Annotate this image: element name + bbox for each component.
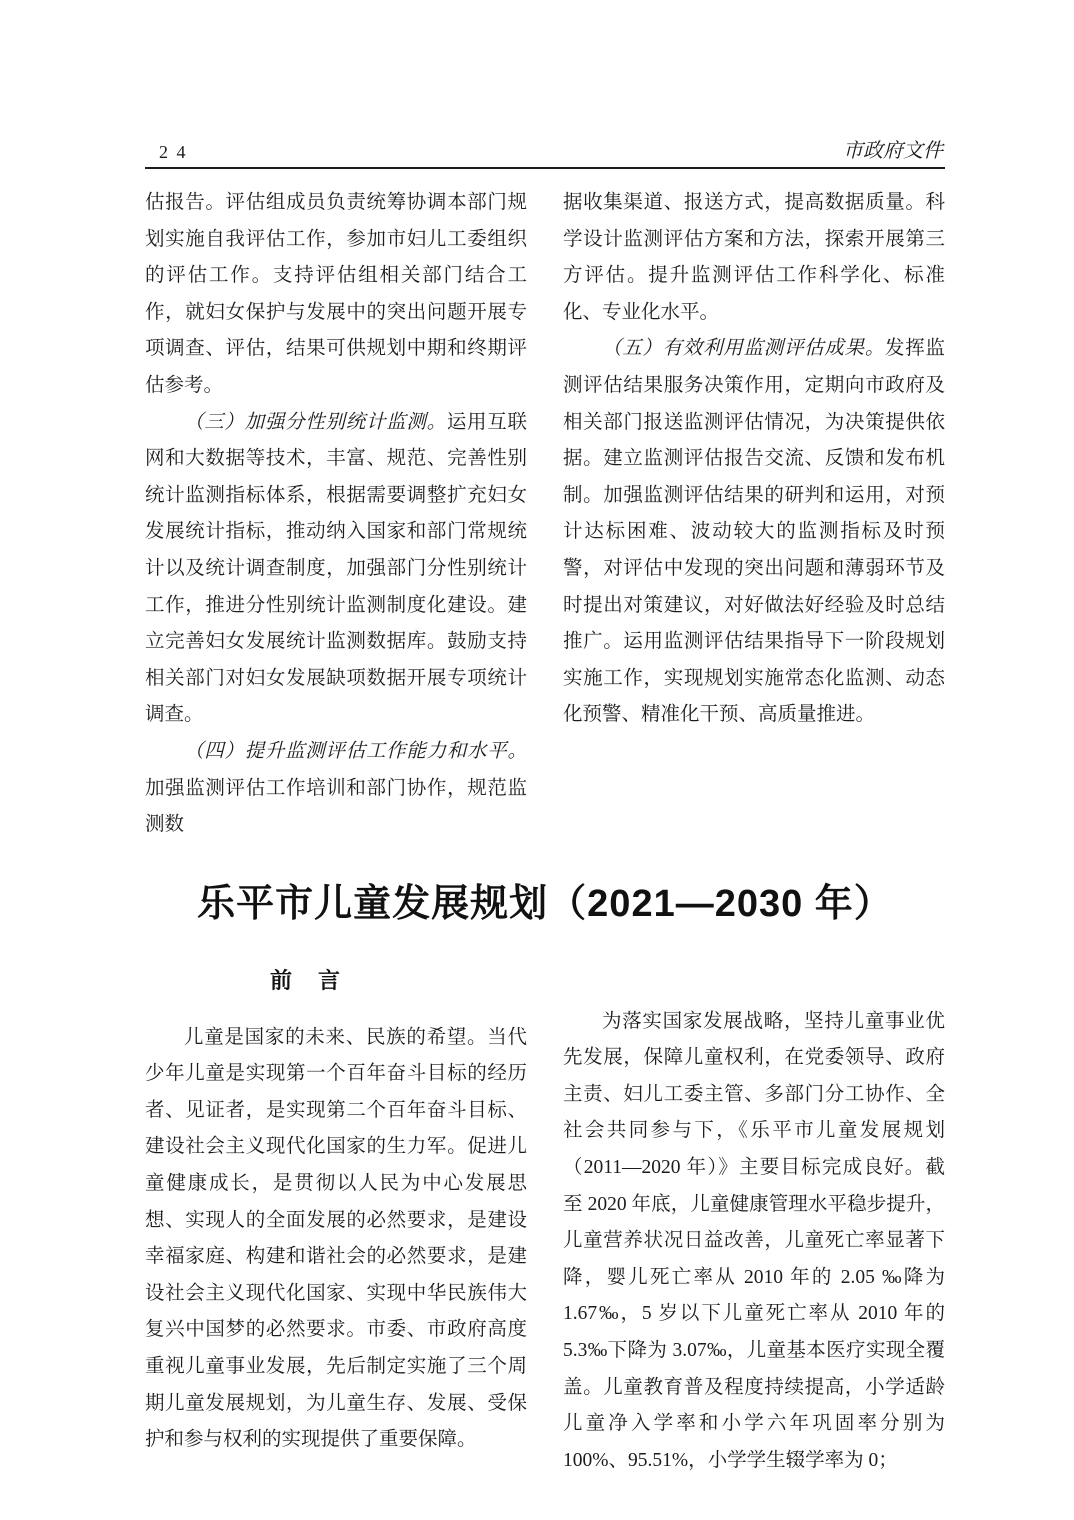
body-text: 估报告。评估组成员负责统筹协调本部门规划实施自我评估工作，参加市妇儿工委组织的评… [145, 192, 527, 396]
top-left-column: 估报告。评估组成员负责统筹协调本部门规划实施自我评估工作，参加市妇儿工委组织的评… [145, 185, 527, 844]
header-doc-label: 市政府文件 [843, 140, 945, 162]
top-right-column: 据收集渠道、报送方式，提高数据质量。科学设计监测评估方案和方法，探索开展第三方评… [563, 185, 945, 844]
body-text: 据收集渠道、报送方式，提高数据质量。科学设计监测评估方案和方法，探索开展第三方评… [563, 192, 945, 323]
preface-left-column: 前 言 儿童是国家的未来、民族的希望。当代少年儿童是实现第一个百年奋斗目标的经历… [145, 966, 527, 1480]
preface-two-column-section: 前 言 儿童是国家的未来、民族的希望。当代少年儿童是实现第一个百年奋斗目标的经历… [145, 966, 945, 1480]
paragraph: （五）有效利用监测评估成果。发挥监测评估结果服务决策作用，定期向市政府及相关部门… [563, 331, 945, 734]
clause-heading-text: （四）提升监测评估工作能力和水平。 [184, 741, 527, 762]
body-text: 加强监测评估工作培训和部门协作，规范监测数 [145, 778, 527, 836]
body-text: 儿童是国家的未来、民族的希望。当代少年儿童是实现第一个百年奋斗目标的经历者、见证… [145, 1027, 527, 1451]
top-two-column-section: 估报告。评估组成员负责统筹协调本部门规划实施自我评估工作，参加市妇儿工委组织的评… [145, 185, 945, 844]
clause-heading-text: （三）加强分性别统计监测。 [184, 412, 447, 433]
page-content: 2 4 市政府文件 估报告。评估组成员负责统筹协调本部门规划实施自我评估工作，参… [145, 140, 945, 1479]
paragraph: 估报告。评估组成员负责统筹协调本部门规划实施自我评估工作，参加市妇儿工委组织的评… [145, 185, 527, 405]
plan-title: 乐平市儿童发展规划（2021—2030 年） [145, 878, 945, 930]
body-text: 发挥监测评估结果服务决策作用，定期向市政府及相关部门报送监测评估情况，为决策提供… [563, 338, 945, 725]
paragraph: （三）加强分性别统计监测。运用互联网和大数据等技术，丰富、规范、完善性别统计监测… [145, 405, 527, 734]
paragraph: 为落实国家发展战略，坚持儿童事业优先发展，保障儿童权利，在党委领导、政府主责、妇… [563, 1004, 945, 1480]
preface-heading: 前 言 [145, 966, 467, 996]
body-text: 运用互联网和大数据等技术，丰富、规范、完善性别统计监测指标体系，根据需要调整扩充… [145, 412, 527, 726]
body-text: 为落实国家发展战略，坚持儿童事业优先发展，保障儿童权利，在党委领导、政府主责、妇… [563, 1011, 945, 1471]
paragraph: （四）提升监测评估工作能力和水平。加强监测评估工作培训和部门协作，规范监测数 [145, 734, 527, 844]
page-number: 2 4 [145, 142, 188, 162]
paragraph: 据收集渠道、报送方式，提高数据质量。科学设计监测评估方案和方法，探索开展第三方评… [563, 185, 945, 331]
preface-left-body: 儿童是国家的未来、民族的希望。当代少年儿童是实现第一个百年奋斗目标的经历者、见证… [145, 1020, 527, 1459]
clause-heading-text: （五）有效利用监测评估成果。 [602, 338, 885, 359]
preface-right-column: 为落实国家发展战略，坚持儿童事业优先发展，保障儿童权利，在党委领导、政府主责、妇… [563, 966, 945, 1480]
page-header: 2 4 市政府文件 [145, 140, 945, 169]
paragraph: 儿童是国家的未来、民族的希望。当代少年儿童是实现第一个百年奋斗目标的经历者、见证… [145, 1020, 527, 1459]
document-page: 2 4 市政府文件 估报告。评估组成员负责统筹协调本部门规划实施自我评估工作，参… [0, 0, 1074, 1520]
